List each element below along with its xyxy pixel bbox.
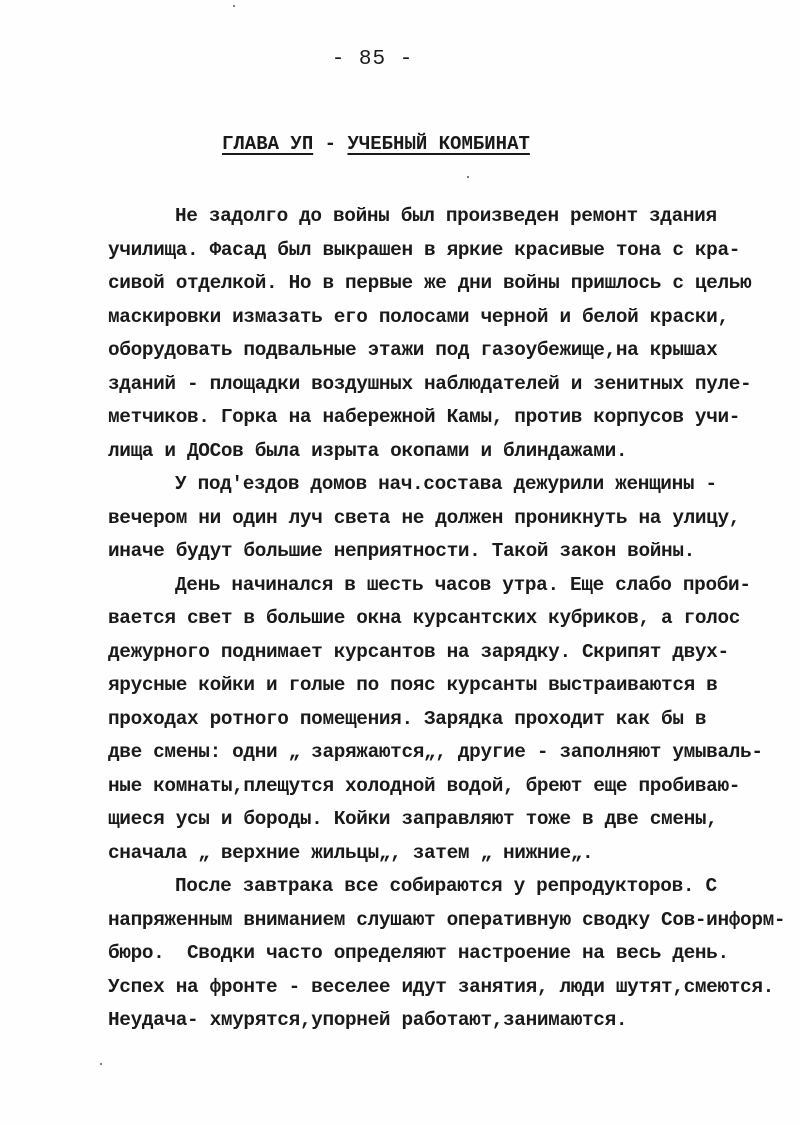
chapter-heading: ГЛАВА УП - УЧЕБНЫЙ КОМБИНАТ (222, 133, 530, 155)
document-page: - 85 - ГЛАВА УП - УЧЕБНЫЙ КОМБИНАТ Не за… (0, 0, 800, 1125)
chapter-title: УЧЕБНЫЙ КОМБИНАТ (347, 133, 529, 155)
text-line: ные комнаты,плещутся холодной водой, бре… (108, 770, 798, 804)
scan-speck (100, 1063, 102, 1065)
text-line: иначе будут большие неприятности. Такой … (108, 535, 798, 569)
text-line: вечером ни один луч света не должен прон… (108, 502, 798, 536)
text-line: дежурного поднимает курсантов на зарядку… (108, 636, 798, 670)
scan-speck (467, 176, 469, 178)
scan-speck (233, 5, 235, 7)
text-line: две смены: одни „ заряжаются„, другие - … (108, 736, 798, 770)
text-line: оборудовать подвальные этажи под газоубе… (108, 334, 798, 368)
text-line: маскировки измазать его полосами черной … (108, 301, 798, 335)
text-line: После завтрака все собираются у репродук… (108, 870, 798, 904)
text-line: сначала „ верхние жильцы„, затем „ нижни… (108, 837, 798, 871)
chapter-separator: - (313, 133, 347, 155)
chapter-label: ГЛАВА УП (222, 133, 313, 155)
text-line: День начинался в шесть часов утра. Еще с… (108, 569, 798, 603)
text-line: лища и ДОСов была изрыта окопами и блинд… (108, 435, 798, 469)
page-number: - 85 - (0, 48, 745, 71)
text-line: напряженным вниманием слушают оперативну… (108, 904, 798, 938)
text-line: щиеся усы и бороды. Койки заправляют тож… (108, 803, 798, 837)
text-line: зданий - площадки воздушных наблюдателей… (108, 368, 798, 402)
text-line: метчиков. Горка на набережной Камы, прот… (108, 401, 798, 435)
text-line: бюро. Сводки часто определяют настроение… (108, 937, 798, 971)
text-line: сивой отделкой. Но в первые же дни войны… (108, 267, 798, 301)
text-line: Неудача- хмурятся,упорней работают,заним… (108, 1004, 798, 1038)
text-line: У под'ездов домов нач.состава дежурили ж… (108, 468, 798, 502)
text-line: проходах ротного помещения. Зарядка прох… (108, 703, 798, 737)
text-line: ярусные койки и голые по пояс курсанты в… (108, 669, 798, 703)
text-line: Не задолго до войны был произведен ремон… (108, 200, 798, 234)
text-line: училища. Фасад был выкрашен в яркие крас… (108, 234, 798, 268)
body-text: Не задолго до войны был произведен ремон… (108, 200, 798, 1038)
text-line: Успех на фронте - веселее идут занятия, … (108, 971, 798, 1005)
text-line: вается свет в большие окна курсантских к… (108, 602, 798, 636)
